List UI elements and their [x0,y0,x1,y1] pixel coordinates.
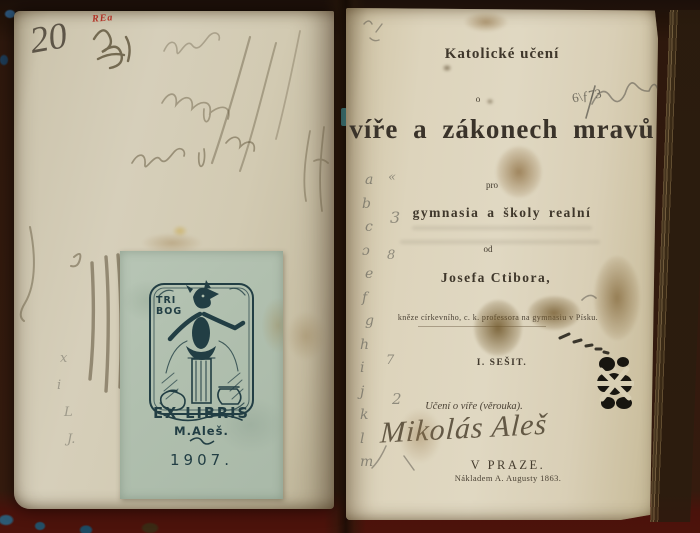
ink-stain [464,12,508,32]
book-scan-photo: REa 20 [0,0,700,533]
pencil-marks-column: x i L J. [60,351,75,447]
brown-smudge [286,311,326,361]
ink-stain [496,146,542,198]
ink-speck [442,64,452,72]
ex-libris-label: EX LIBRIS [120,406,283,423]
ex-libris-bookplate: TRI BOG EX LIBRIS M.Aleš. 1907. [120,251,283,499]
pencil-mark: J. [67,432,75,447]
pencil-mark: i [57,378,75,393]
brown-smudge [142,233,202,253]
ink-stain [528,296,580,330]
signature-flourish [190,438,214,444]
pencil-mark: L [64,405,75,420]
star-stamp-icon [596,356,634,412]
bookplate-owner-name: M.Aleš. [120,424,283,438]
pencil-mark: x [60,351,75,366]
bookplate-motto: TRI BOG [156,295,182,317]
left-endpaper-page: REa 20 [14,11,334,509]
ink-stain [398,408,442,464]
bookplate-year: 1907. [120,451,283,469]
ink-stain [474,300,522,356]
ink-speck [486,98,494,105]
title-page: Katolické učení o víře a zákonech mravů … [346,8,658,520]
ink-stain [594,256,640,340]
